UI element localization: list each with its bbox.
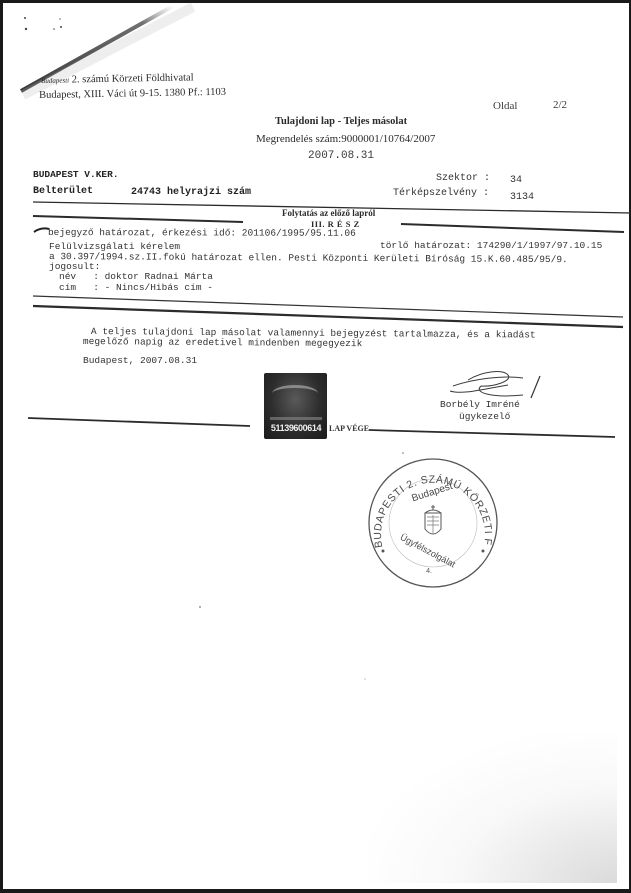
sector-value: 34 [510,175,522,186]
document-date: 2007.08.31 [308,150,374,162]
stamp-number: 4. [426,568,432,575]
document-title: Tulajdoni lap - Teljes másolat [275,116,407,127]
statement-line-2: megelőző napig az eredetivel mindenben m… [83,336,362,349]
holder-name: név : doktor Radnai Márta [59,271,213,282]
entry-line: bejegyző határozat, érkezési idő: 201106… [48,227,356,239]
svg-text:BUDAPESTI 2. SZÁMÚ KÖRZETI FÖL: BUDAPESTI 2. SZÁMÚ KÖRZETI FÖLDHIVATAL [365,455,494,549]
official-stamp: BUDAPESTI 2. SZÁMÚ KÖRZETI FÖLDHIVATAL B… [365,455,501,591]
coat-of-arms-icon [425,505,441,534]
district: BUDAPEST V.KER. [33,169,119,180]
order-number: Megrendelés szám:9000001/10764/2007 [256,133,435,145]
hologram-emblem-icon [272,385,318,402]
page-number: 2/2 [553,99,567,111]
land-type: Belterület [33,186,93,197]
page-label: Oldal [493,100,517,112]
signer-name: Borbély Imréné [440,399,520,410]
hologram-sticker: 51139600614 [264,373,327,439]
holder-address: cím : - Nincs/Hibás cím - [59,282,213,293]
signer-role: ügykezelő [459,411,510,422]
map-sheet-label: Térképszelvény : [393,188,489,199]
place-date: Budapest, 2007.08.31 [83,355,197,366]
parcel-number: 24743 helyrajzi szám [131,187,251,198]
scanned-document-page: Budapesti 2. számú Körzeti Földhivatal B… [0,0,631,893]
hologram-serial: 51139600614 [266,423,326,433]
stamp-outer-text: BUDAPESTI 2. SZÁMÚ KÖRZETI FÖLDHIVATAL [365,455,494,549]
deletion-resolution: törlő határozat: 174290/1/1997/97.10.15 [380,240,602,251]
map-sheet-value: 3134 [510,192,534,203]
page-end-label: LAP VÉGE [329,424,369,433]
sector-label: Szektor : [436,173,490,184]
scan-shadow [367,733,617,883]
continued-label: Folytatás az előző lapról [282,208,375,218]
stamp-service: Ügyfélszolgálat [399,532,458,570]
